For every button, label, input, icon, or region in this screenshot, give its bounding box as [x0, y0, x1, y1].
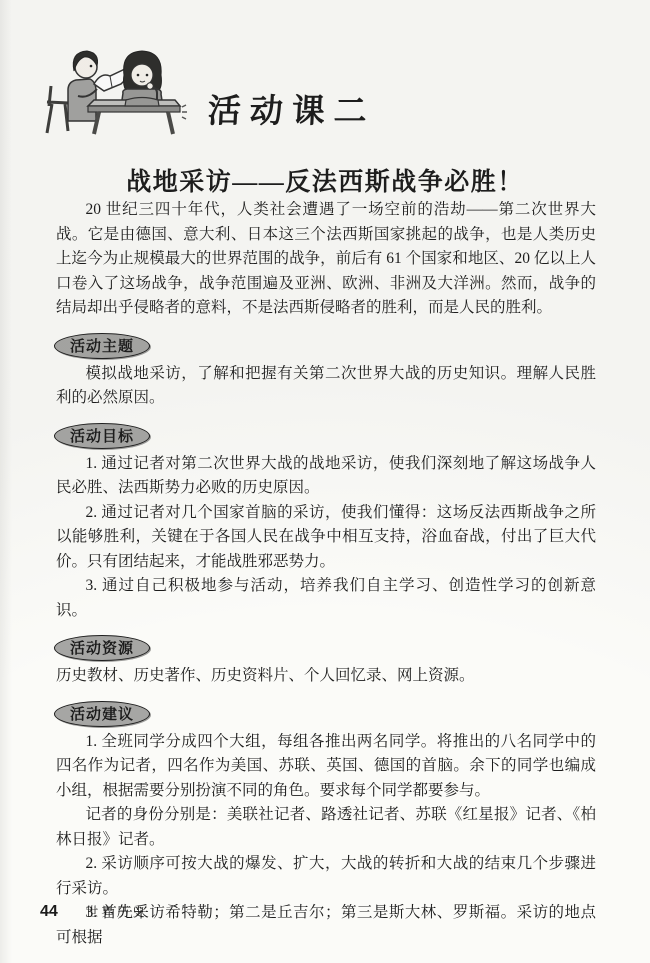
chair-icon: [47, 86, 69, 133]
section-heading-pill: 活动建议: [54, 701, 150, 727]
page-number: 44: [40, 903, 58, 921]
girl-eye-right: [146, 74, 149, 77]
page-content: 20 世纪三四十年代，人类社会遭遇了一场空前的浩劫——第二次世界大战。它是由德国…: [0, 198, 650, 950]
section-paragraph: 模拟战地采访，了解和把握有关第二次世界大战的历史知识。理解人民胜利的必然原因。: [56, 362, 596, 411]
section-goals: 活动目标 1. 通过记者对第二次世界大战的战地采访，使我们深刻地了解这场战争人民…: [56, 411, 596, 624]
lesson-label: 活动课二: [207, 85, 377, 132]
book-title: 世界历史: [86, 902, 148, 920]
section-heading-pill: 活动主题: [54, 333, 150, 359]
girl-resting-arms: [125, 98, 159, 107]
section-theme: 活动主题 模拟战地采访，了解和把握有关第二次世界大战的历史知识。理解人民胜利的必…: [56, 321, 596, 411]
desk-legs: [94, 112, 173, 134]
girl-hand: [147, 83, 153, 89]
intro-paragraph: 20 世纪三四十年代，人类社会遭遇了一场空前的浩劫——第二次世界大战。它是由德国…: [56, 198, 596, 321]
section-paragraph: 历史教材、历史著作、历史资料片、个人回忆录、网上资源。: [56, 664, 596, 689]
section-paragraph: 2. 通过记者对几个国家首脑的采访，使我们懂得：这场反法西斯战争之所以能够胜利，…: [56, 501, 596, 575]
boy-eye: [90, 65, 93, 68]
motion-marks-icon: [182, 105, 187, 119]
section-paragraph: 1. 通过记者对第二次世界大战的战地采访，使我们深刻地了解这场战争人民必胜、法西…: [56, 452, 596, 501]
section-paragraph: 1. 全班同学分成四个大组，每组各推出两名同学。将推出的八名同学中的四名作为记者…: [56, 730, 596, 804]
section-paragraph: 2. 采访顺序可按大战的爆发、扩大，大战的转折和大战的结束几个步骤进行采访。: [56, 852, 596, 901]
page-footer: 44 世界历史: [40, 902, 148, 921]
girl-eye-left: [137, 74, 140, 77]
two-students-interview-illustration: [38, 44, 188, 136]
open-notebook-icon: [94, 69, 126, 91]
section-heading-pill: 活动目标: [54, 423, 150, 449]
page-title: 战地采访——反法西斯战争必胜！: [20, 162, 630, 198]
section-paragraph: 记者的身份分别是：美联社记者、路透社记者、苏联《红星报》记者、《柏林日报》记者。: [56, 803, 596, 852]
desk-front: [88, 106, 180, 112]
section-heading-pill: 活动资源: [54, 635, 150, 661]
textbook-page: 活动课二 战地采访——反法西斯战争必胜！ 20 世纪三四十年代，人类社会遭遇了一…: [0, 0, 650, 963]
lesson-header: 活动课二: [38, 44, 650, 136]
section-paragraph: 3. 通过自己积极地参与活动，培养我们自主学习、创造性学习的创新意识。: [56, 574, 596, 623]
boy-body: [68, 79, 96, 121]
section-resources: 活动资源 历史教材、历史著作、历史资料片、个人回忆录、网上资源。: [56, 623, 596, 689]
